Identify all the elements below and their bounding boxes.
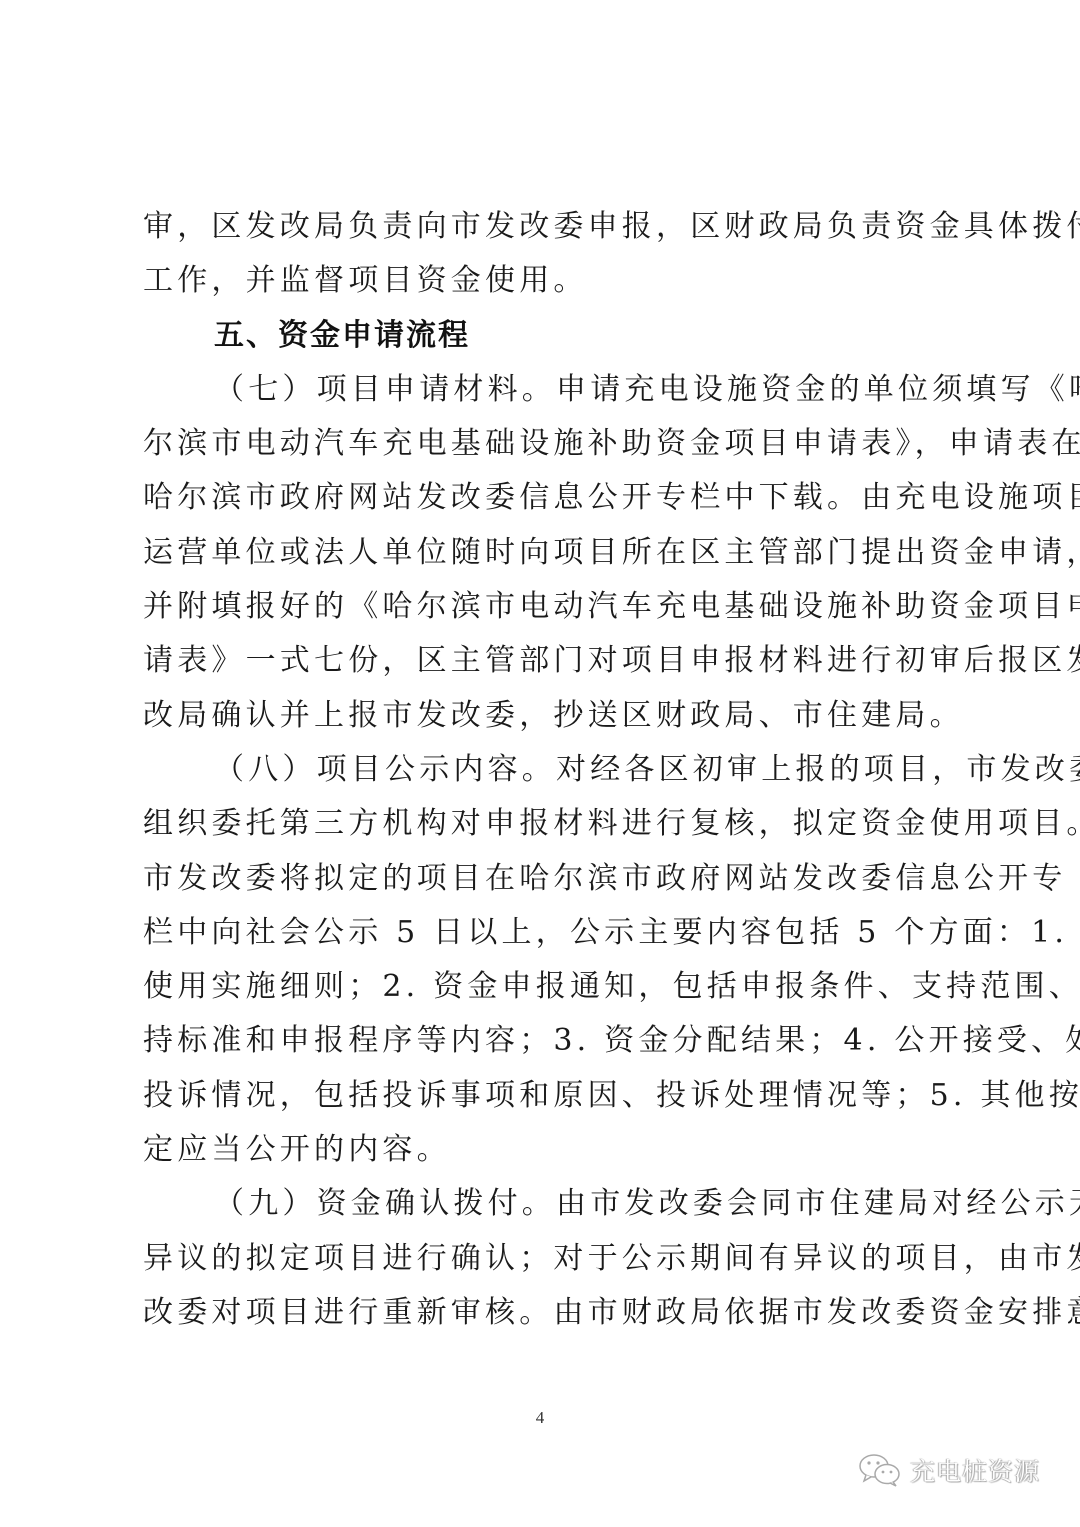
text-line: 并附填报好的《哈尔滨市电动汽车充电基础设施补助资金项目申 <box>143 580 949 634</box>
text-line: 组织委托第三方机构对申报材料进行复核，拟定资金使用项目。 <box>143 797 949 851</box>
text-line: （七）项目申请材料。申请充电设施资金的单位须填写《哈 <box>143 363 949 417</box>
paragraph-fund-confirmation-disbursement: （九）资金确认拨付。由市发改委会同市住建局对经公示无 异议的拟定项目进行确认；对… <box>143 1177 949 1340</box>
text-line: 工作，并监督项目资金使用。 <box>143 254 949 308</box>
text-line: 请表》一式七份，区主管部门对项目申报材料进行初审后报区发 <box>143 634 949 688</box>
text-line: 审，区发改局负责向市发改委申报，区财政局负责资金具体拨付 <box>143 200 949 254</box>
text-line: 哈尔滨市政府网站发改委信息公开专栏中下载。由充电设施项目 <box>143 471 949 525</box>
text-line: 尔滨市电动汽车充电基础设施补助资金项目申请表》，申请表在 <box>143 417 949 471</box>
section-heading: 五、资金申请流程 <box>143 309 949 363</box>
text-line: （九）资金确认拨付。由市发改委会同市住建局对经公示无 <box>143 1177 949 1231</box>
paragraph-project-application-materials: （七）项目申请材料。申请充电设施资金的单位须填写《哈 尔滨市电动汽车充电基础设施… <box>143 363 949 743</box>
document-body: 审，区发改局负责向市发改委申报，区财政局负责资金具体拨付 工作，并监督项目资金使… <box>143 200 949 1340</box>
text-line: 投诉情况，包括投诉事项和原因、投诉处理情况等；5. 其他按规 <box>143 1069 949 1123</box>
wechat-icon <box>858 1453 902 1487</box>
watermark-text: 充电桩资源 <box>910 1452 1040 1488</box>
paragraph-project-publicity-content: （八）项目公示内容。对经各区初审上报的项目，市发改委 组织委托第三方机构对申报材… <box>143 743 949 1177</box>
text-line: 栏中向社会公示 5 日以上，公示主要内容包括 5 个方面：1. 资金 <box>143 906 949 960</box>
text-line: 市发改委将拟定的项目在哈尔滨市政府网站发改委信息公开专 <box>143 852 949 906</box>
text-line: 改委对项目进行重新审核。由市财政局依据市发改委资金安排意 <box>143 1286 949 1340</box>
text-line: 改局确认并上报市发改委，抄送区财政局、市住建局。 <box>143 689 949 743</box>
text-line: （八）项目公示内容。对经各区初审上报的项目，市发改委 <box>143 743 949 797</box>
text-line: 运营单位或法人单位随时向项目所在区主管部门提出资金申请， <box>143 526 949 580</box>
document-page: 审，区发改局负责向市发改委申报，区财政局负责资金具体拨付 工作，并监督项目资金使… <box>0 0 1080 1527</box>
text-line: 定应当公开的内容。 <box>143 1123 949 1177</box>
page-number: 4 <box>530 1408 550 1428</box>
text-line: 异议的拟定项目进行确认；对于公示期间有异议的项目，由市发 <box>143 1232 949 1286</box>
text-line: 持标准和申报程序等内容；3. 资金分配结果；4. 公开接受、处理 <box>143 1014 949 1068</box>
watermark: 充电桩资源 <box>858 1452 1040 1488</box>
text-line: 使用实施细则；2. 资金申报通知，包括申报条件、支持范围、支 <box>143 960 949 1014</box>
